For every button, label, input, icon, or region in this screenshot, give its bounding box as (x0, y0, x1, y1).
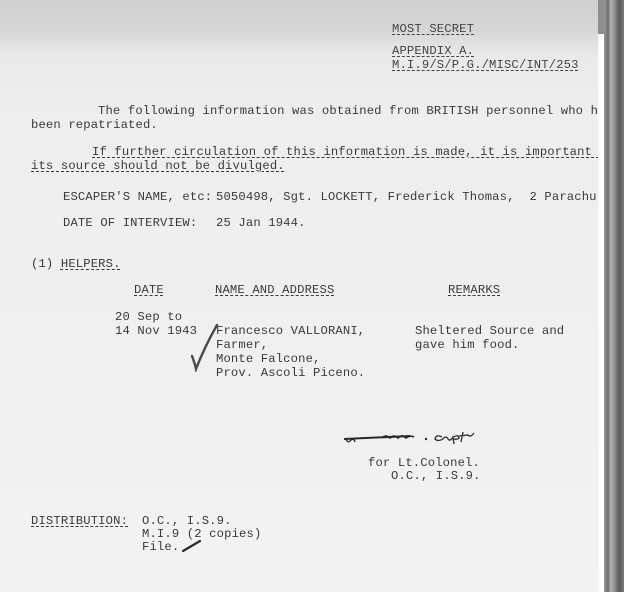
helpers-title: HELPERS. (61, 257, 121, 271)
helpers-section-title: (1) HELPERS. (31, 257, 121, 271)
column-header-date: DATE (134, 283, 164, 297)
helper-occupation: Farmer, (216, 338, 268, 352)
signature-for-line: for Lt.Colonel. (368, 456, 480, 470)
intro-line-2: been repatriated. (31, 118, 158, 132)
reference-number: M.I.9/S/P.G./MISC/INT/253 (392, 58, 579, 72)
distribution-recipient-1: O.C., I.S.9. (142, 514, 232, 528)
binding-edge (604, 0, 624, 592)
warning-line-2: its source should not be divulged. (31, 159, 285, 173)
interview-date-label: DATE OF INTERVIEW: (63, 216, 197, 230)
distribution-recipient-3: File. (142, 540, 179, 554)
column-header-remarks: REMARKS (448, 283, 500, 297)
tick-mark-icon (181, 539, 203, 553)
helper-date-line-2: 14 Nov 1943 (115, 324, 197, 338)
column-header-name-address: NAME AND ADDRESS (215, 283, 334, 297)
escaper-label: ESCAPER'S NAME, etc: (63, 190, 212, 204)
appendix-label: APPENDIX A. (392, 44, 474, 58)
helper-date-line-1: 20 Sep to (115, 310, 182, 324)
helper-remarks-line-1: Sheltered Source and (415, 324, 564, 338)
distribution-label: DISTRIBUTION: (31, 514, 128, 528)
handwritten-signature (342, 428, 502, 448)
escaper-value: 5050498, Sgt. LOCKETT, Frederick Thomas,… (216, 190, 624, 204)
intro-line-1: The following information was obtained f… (98, 104, 620, 118)
helper-name: Francesco VALLORANI, (216, 324, 365, 338)
checkmark-icon (188, 322, 220, 372)
document-page: MOST SECRET APPENDIX A. M.I.9/S/P.G./MIS… (0, 0, 598, 592)
warning-line-1: If further circulation of this informati… (92, 145, 624, 159)
signature-title-line: O.C., I.S.9. (391, 469, 481, 483)
classification-label: MOST SECRET (392, 22, 474, 36)
helper-town: Monte Falcone, (216, 352, 321, 366)
helper-remarks-line-2: gave him food. (415, 338, 520, 352)
interview-date-value: 25 Jan 1944. (216, 216, 306, 230)
helper-province: Prov. Ascoli Piceno. (216, 366, 365, 380)
